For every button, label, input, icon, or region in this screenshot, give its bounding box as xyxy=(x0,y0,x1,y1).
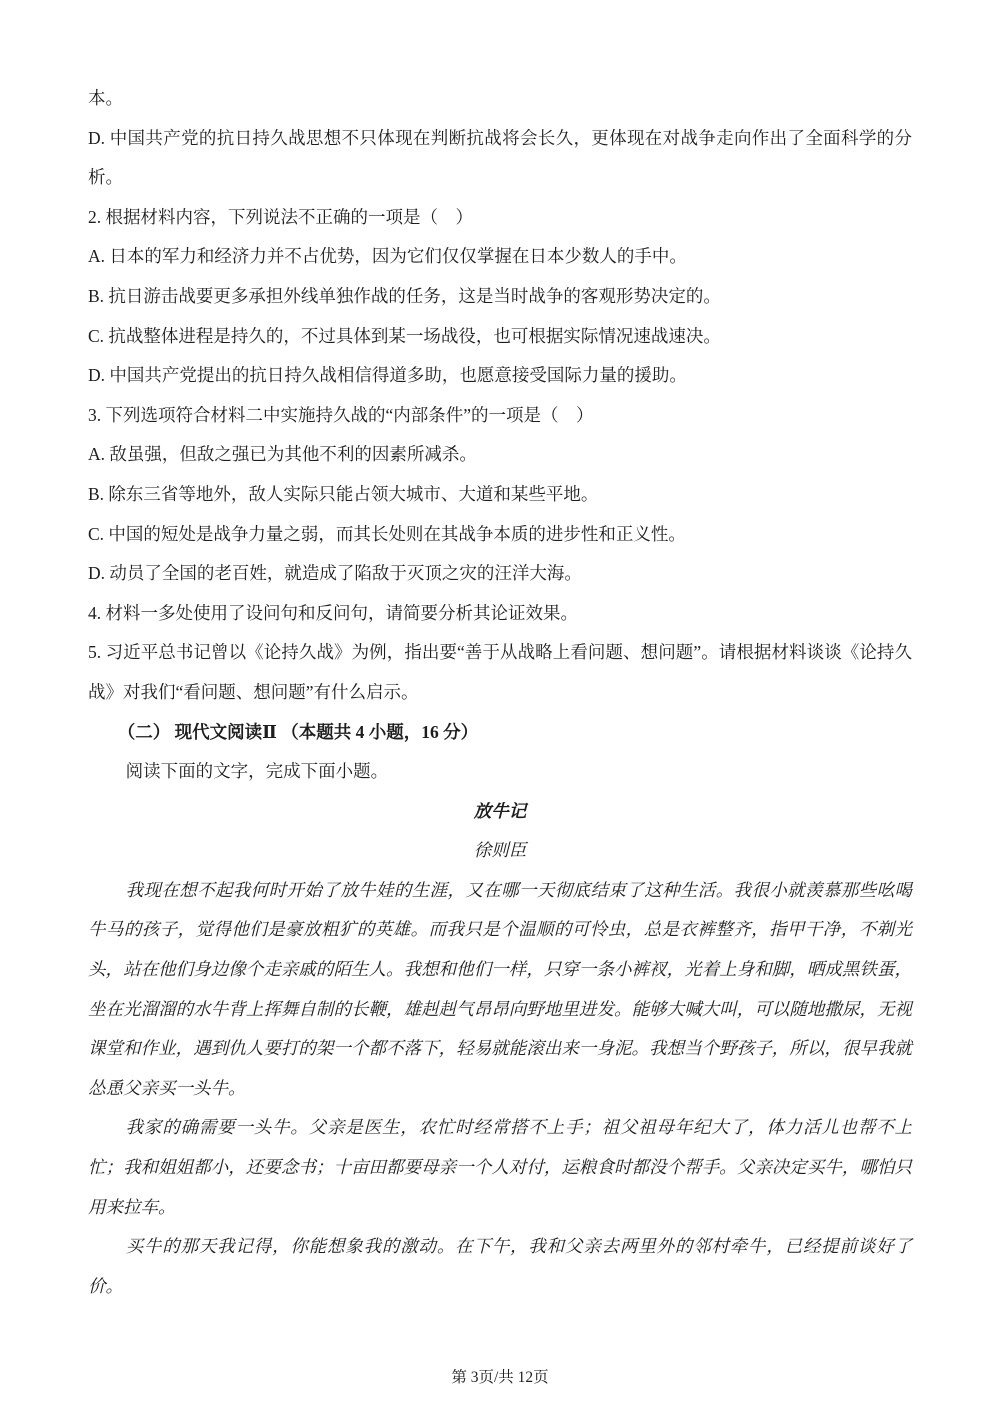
essay-author: 徐则臣 xyxy=(88,831,912,871)
page-number-footer: 第 3页/共 12页 xyxy=(0,1363,1000,1393)
question-5: 5. 习近平总书记曾以《论持久战》为例，指出要“善于从战略上看问题、想问题”。请… xyxy=(88,633,912,712)
essay-paragraph-1: 我现在想不起我何时开始了放牛娃的生涯，又在哪一天彻底结束了这种生活。我很小就羡慕… xyxy=(88,871,912,1109)
option-d-carryover: D. 中国共产党的抗日持久战思想不只体现在判断抗战将会长久，更体现在对战争走向作… xyxy=(88,119,912,198)
question-3-option-a: A. 敌虽强，但敌之强已为其他不利的因素所减杀。 xyxy=(88,435,912,475)
question-2-option-c: C. 抗战整体进程是持久的，不过具体到某一场战役，也可根据实际情况速战速决。 xyxy=(88,317,912,357)
reading-instruction: 阅读下面的文字，完成下面小题。 xyxy=(88,752,912,792)
essay-paragraph-2: 我家的确需要一头牛。父亲是医生，农忙时经常搭不上手；祖父祖母年纪大了，体力活儿也… xyxy=(88,1108,912,1227)
question-4: 4. 材料一多处使用了设问句和反问句，请简要分析其论证效果。 xyxy=(88,594,912,634)
question-2-option-a: A. 日本的军力和经济力并不占优势，因为它们仅仅掌握在日本少数人的手中。 xyxy=(88,237,912,277)
carryover-line: 本。 xyxy=(88,79,912,119)
question-2-stem: 2. 根据材料内容，下列说法不正确的一项是（ ） xyxy=(88,198,912,238)
essay-title: 放牛记 xyxy=(88,792,912,832)
question-3-option-d: D. 动员了全国的老百姓，就造成了陷敌于灭顶之灾的汪洋大海。 xyxy=(88,554,912,594)
exam-paper-page: 本。 D. 中国共产党的抗日持久战思想不只体现在判断抗战将会长久，更体现在对战争… xyxy=(0,0,1000,1415)
question-2-option-d: D. 中国共产党提出的抗日持久战相信得道多助，也愿意接受国际力量的援助。 xyxy=(88,356,912,396)
question-3-option-b: B. 除东三省等地外，敌人实际只能占领大城市、大道和某些平地。 xyxy=(88,475,912,515)
section-header-reading-two: （二） 现代文阅读Ⅱ （本题共 4 小题，16 分） xyxy=(88,713,912,753)
question-2-option-b: B. 抗日游击战要更多承担外线单独作战的任务，这是当时战争的客观形势决定的。 xyxy=(88,277,912,317)
essay-paragraph-3: 买牛的那天我记得，你能想象我的激动。在下午，我和父亲去两里外的邻村牵牛，已经提前… xyxy=(88,1227,912,1306)
question-3-option-c: C. 中国的短处是战争力量之弱，而其长处则在其战争本质的进步性和正义性。 xyxy=(88,515,912,555)
question-3-stem: 3. 下列选项符合材料二中实施持久战的“内部条件”的一项是（ ） xyxy=(88,396,912,436)
page-content: 本。 D. 中国共产党的抗日持久战思想不只体现在判断抗战将会长久，更体现在对战争… xyxy=(88,79,912,1306)
